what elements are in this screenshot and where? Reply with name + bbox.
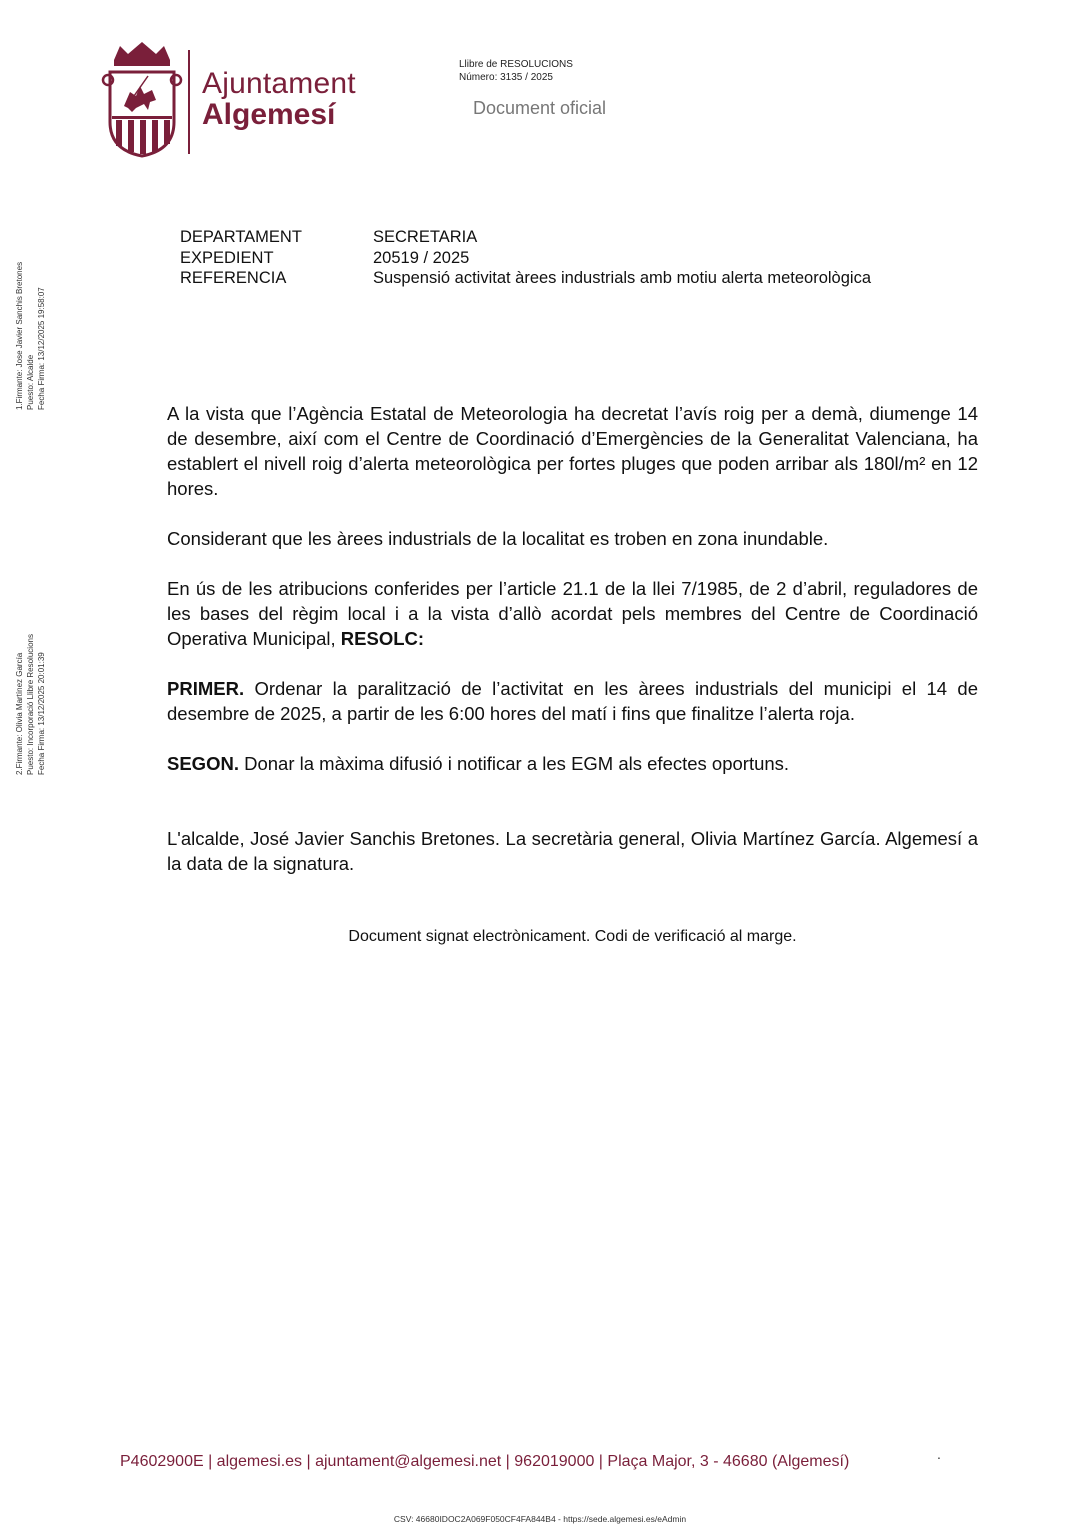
- meta-value: Suspensió activitat àrees industrials am…: [373, 268, 871, 289]
- footer-dot: .: [937, 1446, 941, 1462]
- meta-key: REFERENCIA: [180, 268, 373, 289]
- register-info: Llibre de RESOLUCIONS Número: 3135 / 202…: [459, 58, 573, 84]
- footer-contact: P4602900E | algemesi.es | ajuntament@alg…: [120, 1453, 849, 1471]
- paragraph-first: PRIMER. Ordenar la paralització de l’act…: [167, 676, 978, 726]
- paragraph-legal-basis: En ús de les atribucions conferides per …: [167, 576, 978, 651]
- electronic-signature-note: Document signat electrònicament. Codi de…: [167, 928, 978, 946]
- meta-row-expedient: EXPEDIENT 20519 / 2025: [180, 248, 871, 269]
- meta-row-department: DEPARTAMENT SECRETARIA: [180, 227, 871, 248]
- signature-date: Fecha Firma: 13/12/2025 19:58:07: [36, 262, 47, 410]
- register-number: Número: 3135 / 2025: [459, 71, 573, 84]
- meta-row-reference: REFERENCIA Suspensió activitat àrees ind…: [180, 268, 871, 289]
- signature-stamp-2: 2.Firmante: Olivia Martínez García Puest…: [14, 634, 47, 775]
- legal-basis-text: En ús de les atribucions conferides per …: [167, 578, 978, 649]
- logo-name-line1: Ajuntament: [202, 67, 356, 101]
- paragraph-whereas-1: A la vista que l’Agència Estatal de Mete…: [167, 401, 978, 501]
- resolve-heading: RESOLC:: [341, 628, 424, 649]
- signature-date: Fecha Firma: 13/12/2025 20:01:39: [36, 634, 47, 775]
- logo-divider: [188, 50, 190, 154]
- signature-stamp-1: 1.Firmante: Jose Javier Sanchis Bretones…: [14, 262, 47, 410]
- signer-name: 2.Firmante: Olivia Martínez García: [14, 634, 25, 775]
- document-label: Document oficial: [473, 98, 606, 119]
- resolution-body: A la vista que l’Agència Estatal de Mete…: [167, 401, 978, 901]
- meta-key: EXPEDIENT: [180, 248, 373, 269]
- coat-of-arms-icon: [100, 40, 184, 158]
- signer-name: 1.Firmante: Jose Javier Sanchis Bretones: [14, 262, 25, 410]
- paragraph-second: SEGON. Donar la màxima difusió i notific…: [167, 751, 978, 776]
- second-text: Donar la màxima difusió i notificar a le…: [244, 753, 789, 774]
- signoff: L'alcalde, José Javier Sanchis Bretones.…: [167, 826, 978, 876]
- csv-verification: CSV: 46680IDOC2A069F050CF4FA844B4 - http…: [0, 1514, 1080, 1524]
- logo-name-line2: Algemesí: [202, 98, 335, 132]
- first-text: Ordenar la paralització de l’activitat e…: [167, 678, 978, 724]
- municipal-logo: Ajuntament Algemesí: [100, 40, 370, 158]
- paragraph-whereas-2: Considerant que les àrees industrials de…: [167, 526, 978, 551]
- register-book: Llibre de RESOLUCIONS: [459, 58, 573, 71]
- document-metadata: DEPARTAMENT SECRETARIA EXPEDIENT 20519 /…: [180, 227, 871, 289]
- meta-value: SECRETARIA: [373, 227, 477, 248]
- signer-role: Puesto: Alcalde: [25, 262, 36, 410]
- meta-key: DEPARTAMENT: [180, 227, 373, 248]
- second-heading: SEGON.: [167, 753, 239, 774]
- meta-value: 20519 / 2025: [373, 248, 469, 269]
- first-heading: PRIMER.: [167, 678, 244, 699]
- signer-role: Puesto: Incorporació Llibre Resolucions: [25, 634, 36, 775]
